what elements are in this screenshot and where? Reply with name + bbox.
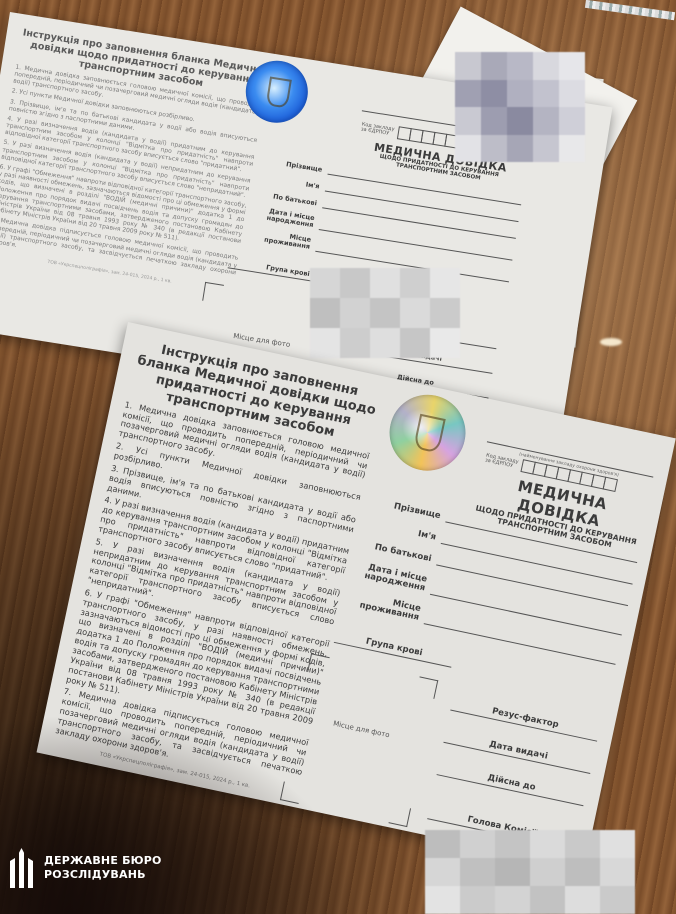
logo-line-1: ДЕРЖАВНЕ БЮРО [44, 854, 162, 868]
right-fields: Резус-фактор Дата видачі Дійсна до Голов… [426, 682, 603, 854]
sbi-trident-mark-icon [10, 848, 34, 888]
pixelated-redaction [310, 268, 460, 358]
pixelated-redaction [425, 830, 635, 914]
sbi-watermark-logo: ДЕРЖАВНЕ БЮРО РОЗСЛІДУВАНЬ [10, 848, 162, 888]
instructions-block: Інструкція про заповнення бланка Медично… [0, 28, 269, 294]
pixelated-redaction [455, 52, 585, 162]
light-reflection [600, 338, 622, 346]
logo-line-2: РОЗСЛІДУВАНЬ [44, 868, 162, 882]
hologram-seal-icon [382, 388, 472, 478]
